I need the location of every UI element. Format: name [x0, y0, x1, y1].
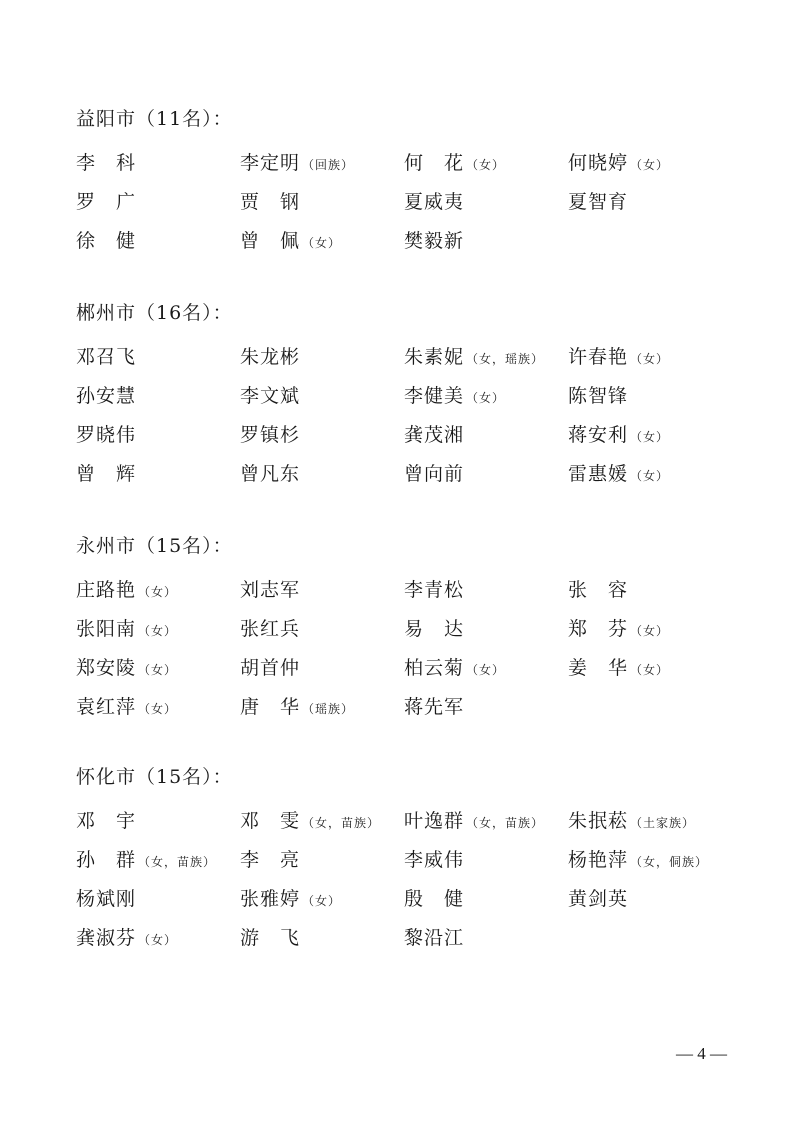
- person-name: 樊毅新: [404, 230, 464, 252]
- person-name: 杨斌刚: [76, 888, 136, 910]
- section-title: 永州市（15名）：: [76, 534, 756, 558]
- person-name: 许春艳: [568, 346, 628, 368]
- name-entry: 张 容: [568, 578, 732, 604]
- person-note: （女，瑶族）: [466, 352, 544, 366]
- page-number: — 4 —: [676, 1044, 727, 1064]
- person-note: （女）: [630, 469, 669, 483]
- name-entry: 陈智锋: [568, 384, 732, 410]
- name-entry: 樊毅新: [404, 229, 568, 255]
- name-entry: 夏智育: [568, 190, 732, 216]
- person-name: 殷 健: [404, 888, 464, 910]
- person-name: 龚淑芬: [76, 927, 136, 949]
- person-name: 罗晓伟: [76, 424, 136, 446]
- person-note: （女）: [302, 236, 341, 250]
- name-entry: 徐 健: [76, 229, 240, 255]
- name-entry: 何晓婷（女）: [568, 151, 732, 177]
- person-name: 陈智锋: [568, 385, 628, 407]
- name-entry: 朱龙彬: [240, 345, 404, 371]
- person-name: 张阳南: [76, 618, 136, 640]
- person-name: 邓 宇: [76, 810, 136, 832]
- section-title: 郴州市（16名）：: [76, 301, 756, 325]
- name-entry: 李定明（回族）: [240, 151, 404, 177]
- name-entry: 雷惠媛（女）: [568, 462, 732, 488]
- section-chenzhou: 郴州市（16名）： 邓召飞 朱龙彬 朱素妮（女，瑶族） 许春艳（女） 孙安慧 李…: [76, 301, 756, 494]
- person-name: 曾 辉: [76, 463, 136, 485]
- person-note: （女）: [630, 430, 669, 444]
- person-note: （瑶族）: [302, 702, 354, 716]
- person-note: （女）: [466, 663, 505, 677]
- person-name: 黄剑英: [568, 888, 628, 910]
- name-list: 李 科 李定明（回族） 何 花（女） 何晓婷（女） 罗 广 贾 钢 夏威夷 夏智…: [76, 144, 756, 261]
- person-note: （女）: [138, 624, 177, 638]
- name-entry: 夏威夷: [404, 190, 568, 216]
- person-note: （女）: [630, 663, 669, 677]
- section-huaihua: 怀化市（15名）： 邓 宇 邓 雯（女，苗族） 叶逸群（女，苗族） 朱抿菘（土家…: [76, 765, 756, 958]
- section-yiyang: 益阳市（11名）： 李 科 李定明（回族） 何 花（女） 何晓婷（女） 罗 广 …: [76, 107, 756, 261]
- person-name: 杨艳萍: [568, 849, 628, 871]
- name-row: 罗晓伟 罗镇杉 龚茂湘 蒋安利（女）: [76, 416, 756, 455]
- name-row: 杨斌刚 张雅婷（女） 殷 健 黄剑英: [76, 880, 756, 919]
- person-name: 黎沿江: [404, 927, 464, 949]
- person-name: 游 飞: [240, 927, 300, 949]
- name-entry: 黄剑英: [568, 887, 732, 913]
- person-name: 李文斌: [240, 385, 300, 407]
- name-entry: 郑安陵（女）: [76, 656, 240, 682]
- name-entry: 游 飞: [240, 926, 404, 952]
- person-name: 贾 钢: [240, 191, 300, 213]
- name-entry: 孙 群（女，苗族）: [76, 848, 240, 874]
- name-list: 邓 宇 邓 雯（女，苗族） 叶逸群（女，苗族） 朱抿菘（土家族） 孙 群（女，苗…: [76, 802, 756, 958]
- person-note: （女，侗族）: [630, 855, 708, 869]
- name-entry: 曾 佩（女）: [240, 229, 404, 255]
- name-row: 张阳南（女） 张红兵 易 达 郑 芬（女）: [76, 610, 756, 649]
- name-entry: 孙安慧: [76, 384, 240, 410]
- person-note: （女）: [138, 933, 177, 947]
- name-row: 龚淑芬（女） 游 飞 黎沿江: [76, 919, 756, 958]
- section-title: 怀化市（15名）：: [76, 765, 756, 789]
- person-name: 李威伟: [404, 849, 464, 871]
- person-name: 姜 华: [568, 657, 628, 679]
- name-entry: 刘志军: [240, 578, 404, 604]
- name-entry: 张阳南（女）: [76, 617, 240, 643]
- name-entry: 李 亮: [240, 848, 404, 874]
- person-name: 曾凡东: [240, 463, 300, 485]
- person-name: 易 达: [404, 618, 464, 640]
- person-name: 李定明: [240, 152, 300, 174]
- name-entry: 何 花（女）: [404, 151, 568, 177]
- person-name: 罗 广: [76, 191, 136, 213]
- person-name: 郑 芬: [568, 618, 628, 640]
- name-entry: 曾向前: [404, 462, 568, 488]
- name-entry: 贾 钢: [240, 190, 404, 216]
- name-entry: 李 科: [76, 151, 240, 177]
- person-note: （女）: [302, 894, 341, 908]
- person-name: 朱龙彬: [240, 346, 300, 368]
- person-note: （女）: [630, 352, 669, 366]
- person-name: 张红兵: [240, 618, 300, 640]
- person-name: 邓召飞: [76, 346, 136, 368]
- name-entry: 李威伟: [404, 848, 568, 874]
- name-entry: 叶逸群（女，苗族）: [404, 809, 568, 835]
- person-note: （女）: [466, 158, 505, 172]
- person-note: （女，苗族）: [302, 816, 380, 830]
- person-name: 夏智育: [568, 191, 628, 213]
- name-row: 徐 健 曾 佩（女） 樊毅新: [76, 222, 756, 261]
- name-entry: 柏云菊（女）: [404, 656, 568, 682]
- name-row: 孙 群（女，苗族） 李 亮 李威伟 杨艳萍（女，侗族）: [76, 841, 756, 880]
- person-name: 何 花: [404, 152, 464, 174]
- name-entry: 庄路艳（女）: [76, 578, 240, 604]
- person-note: （女，苗族）: [138, 855, 216, 869]
- person-name: 朱抿菘: [568, 810, 628, 832]
- person-name: 刘志军: [240, 579, 300, 601]
- person-name: 何晓婷: [568, 152, 628, 174]
- name-entry: 蒋安利（女）: [568, 423, 732, 449]
- person-name: 柏云菊: [404, 657, 464, 679]
- name-row: 李 科 李定明（回族） 何 花（女） 何晓婷（女）: [76, 144, 756, 183]
- person-name: 张雅婷: [240, 888, 300, 910]
- name-entry: 朱素妮（女，瑶族）: [404, 345, 568, 371]
- section-yongzhou: 永州市（15名）： 庄路艳（女） 刘志军 李青松 张 容 张阳南（女） 张红兵 …: [76, 534, 756, 727]
- person-name: 龚茂湘: [404, 424, 464, 446]
- person-name: 李健美: [404, 385, 464, 407]
- person-note: （女）: [138, 585, 177, 599]
- name-entry: 李文斌: [240, 384, 404, 410]
- name-entry: 张雅婷（女）: [240, 887, 404, 913]
- name-entry: 邓召飞: [76, 345, 240, 371]
- name-entry: 蒋先军: [404, 695, 568, 721]
- name-row: 庄路艳（女） 刘志军 李青松 张 容: [76, 571, 756, 610]
- name-entry: 胡首仲: [240, 656, 404, 682]
- name-entry: 袁红萍（女）: [76, 695, 240, 721]
- person-name: 李 科: [76, 152, 136, 174]
- person-name: 蒋先军: [404, 696, 464, 718]
- person-name: 胡首仲: [240, 657, 300, 679]
- name-entry: 张红兵: [240, 617, 404, 643]
- person-note: （女）: [630, 624, 669, 638]
- person-name: 夏威夷: [404, 191, 464, 213]
- name-row: 罗 广 贾 钢 夏威夷 夏智育: [76, 183, 756, 222]
- person-note: （土家族）: [630, 816, 695, 830]
- person-name: 袁红萍: [76, 696, 136, 718]
- name-entry: 李青松: [404, 578, 568, 604]
- person-note: （女）: [466, 391, 505, 405]
- person-name: 邓 雯: [240, 810, 300, 832]
- person-name: 庄路艳: [76, 579, 136, 601]
- name-entry: 杨斌刚: [76, 887, 240, 913]
- name-entry: 龚淑芬（女）: [76, 926, 240, 952]
- name-entry: 易 达: [404, 617, 568, 643]
- person-name: 李 亮: [240, 849, 300, 871]
- person-note: （回族）: [302, 158, 354, 172]
- person-name: 郑安陵: [76, 657, 136, 679]
- name-entry: 龚茂湘: [404, 423, 568, 449]
- section-title: 益阳市（11名）：: [76, 107, 756, 131]
- name-entry: 曾 辉: [76, 462, 240, 488]
- person-name: 雷惠媛: [568, 463, 628, 485]
- name-row: 曾 辉 曾凡东 曾向前 雷惠媛（女）: [76, 455, 756, 494]
- person-name: 蒋安利: [568, 424, 628, 446]
- name-entry: 黎沿江: [404, 926, 568, 952]
- name-entry: 邓 雯（女，苗族）: [240, 809, 404, 835]
- name-row: 袁红萍（女） 唐 华（瑶族） 蒋先军: [76, 688, 756, 727]
- person-name: 叶逸群: [404, 810, 464, 832]
- name-list: 邓召飞 朱龙彬 朱素妮（女，瑶族） 许春艳（女） 孙安慧 李文斌 李健美（女） …: [76, 338, 756, 494]
- person-name: 李青松: [404, 579, 464, 601]
- person-name: 曾 佩: [240, 230, 300, 252]
- name-entry: 唐 华（瑶族）: [240, 695, 404, 721]
- name-row: 邓 宇 邓 雯（女，苗族） 叶逸群（女，苗族） 朱抿菘（土家族）: [76, 802, 756, 841]
- person-note: （女，苗族）: [466, 816, 544, 830]
- person-name: 唐 华: [240, 696, 300, 718]
- name-entry: 许春艳（女）: [568, 345, 732, 371]
- person-name: 张 容: [568, 579, 628, 601]
- name-entry: 曾凡东: [240, 462, 404, 488]
- person-name: 孙安慧: [76, 385, 136, 407]
- name-entry: 杨艳萍（女，侗族）: [568, 848, 732, 874]
- name-entry: 李健美（女）: [404, 384, 568, 410]
- name-entry: 罗镇杉: [240, 423, 404, 449]
- name-entry: 罗 广: [76, 190, 240, 216]
- name-entry: 姜 华（女）: [568, 656, 732, 682]
- name-list: 庄路艳（女） 刘志军 李青松 张 容 张阳南（女） 张红兵 易 达 郑 芬（女）…: [76, 571, 756, 727]
- person-note: （女）: [138, 663, 177, 677]
- person-name: 罗镇杉: [240, 424, 300, 446]
- name-row: 邓召飞 朱龙彬 朱素妮（女，瑶族） 许春艳（女）: [76, 338, 756, 377]
- name-entry: 罗晓伟: [76, 423, 240, 449]
- name-entry: 殷 健: [404, 887, 568, 913]
- person-name: 朱素妮: [404, 346, 464, 368]
- person-name: 孙 群: [76, 849, 136, 871]
- name-row: 郑安陵（女） 胡首仲 柏云菊（女） 姜 华（女）: [76, 649, 756, 688]
- person-note: （女）: [630, 158, 669, 172]
- name-entry: 邓 宇: [76, 809, 240, 835]
- name-entry: 郑 芬（女）: [568, 617, 732, 643]
- name-entry: 朱抿菘（土家族）: [568, 809, 732, 835]
- name-row: 孙安慧 李文斌 李健美（女） 陈智锋: [76, 377, 756, 416]
- person-name: 曾向前: [404, 463, 464, 485]
- person-name: 徐 健: [76, 230, 136, 252]
- person-note: （女）: [138, 702, 177, 716]
